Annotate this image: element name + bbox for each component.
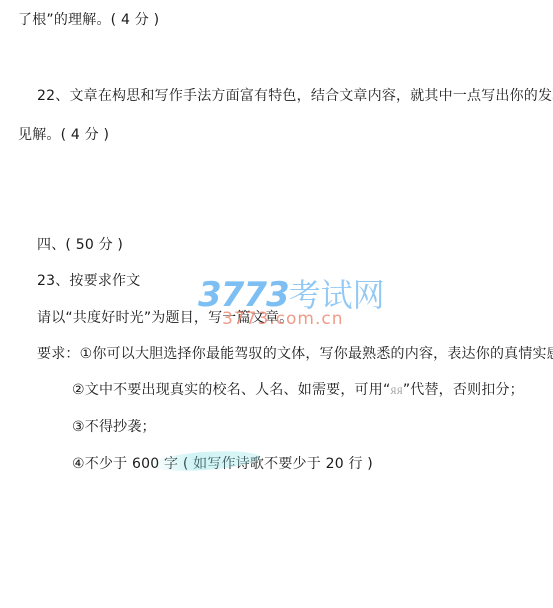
- section-four-heading: 四、( 50 分 ): [37, 236, 123, 254]
- q21-tail-text: 了根”的理解。( 4 分 ): [18, 11, 159, 29]
- watermark-logo: 3773考试网: [198, 278, 385, 312]
- requirement-2-pre: ②文中不要出现真实的校名、人名、如需要，可用“: [72, 382, 390, 398]
- watermark-domain: 3773.com.cn: [222, 310, 344, 328]
- q23-heading: 23、按要求作文: [37, 272, 140, 290]
- requirement-2-post: ”代替，否则扣分；: [403, 382, 524, 398]
- requirement-1: 要求：①你可以大胆选择你最能驾驭的文体，写你最熟悉的内容，表达你的真情实感；: [37, 345, 553, 363]
- requirement-2: ②文中不要出现真实的校名、人名、如需要，可用“ЯЯ”代替，否则扣分；: [72, 381, 524, 400]
- q22-text-line2: 见解。( 4 分 ): [18, 126, 109, 144]
- name-placeholder-glyph: ЯЯ: [390, 386, 402, 396]
- q22-text-line1: 22、文章在构思和写作手法方面富有特色，结合文章内容，就其中一点写出你的发现和: [37, 87, 553, 105]
- requirement-3: ③不得抄袭；: [72, 418, 156, 436]
